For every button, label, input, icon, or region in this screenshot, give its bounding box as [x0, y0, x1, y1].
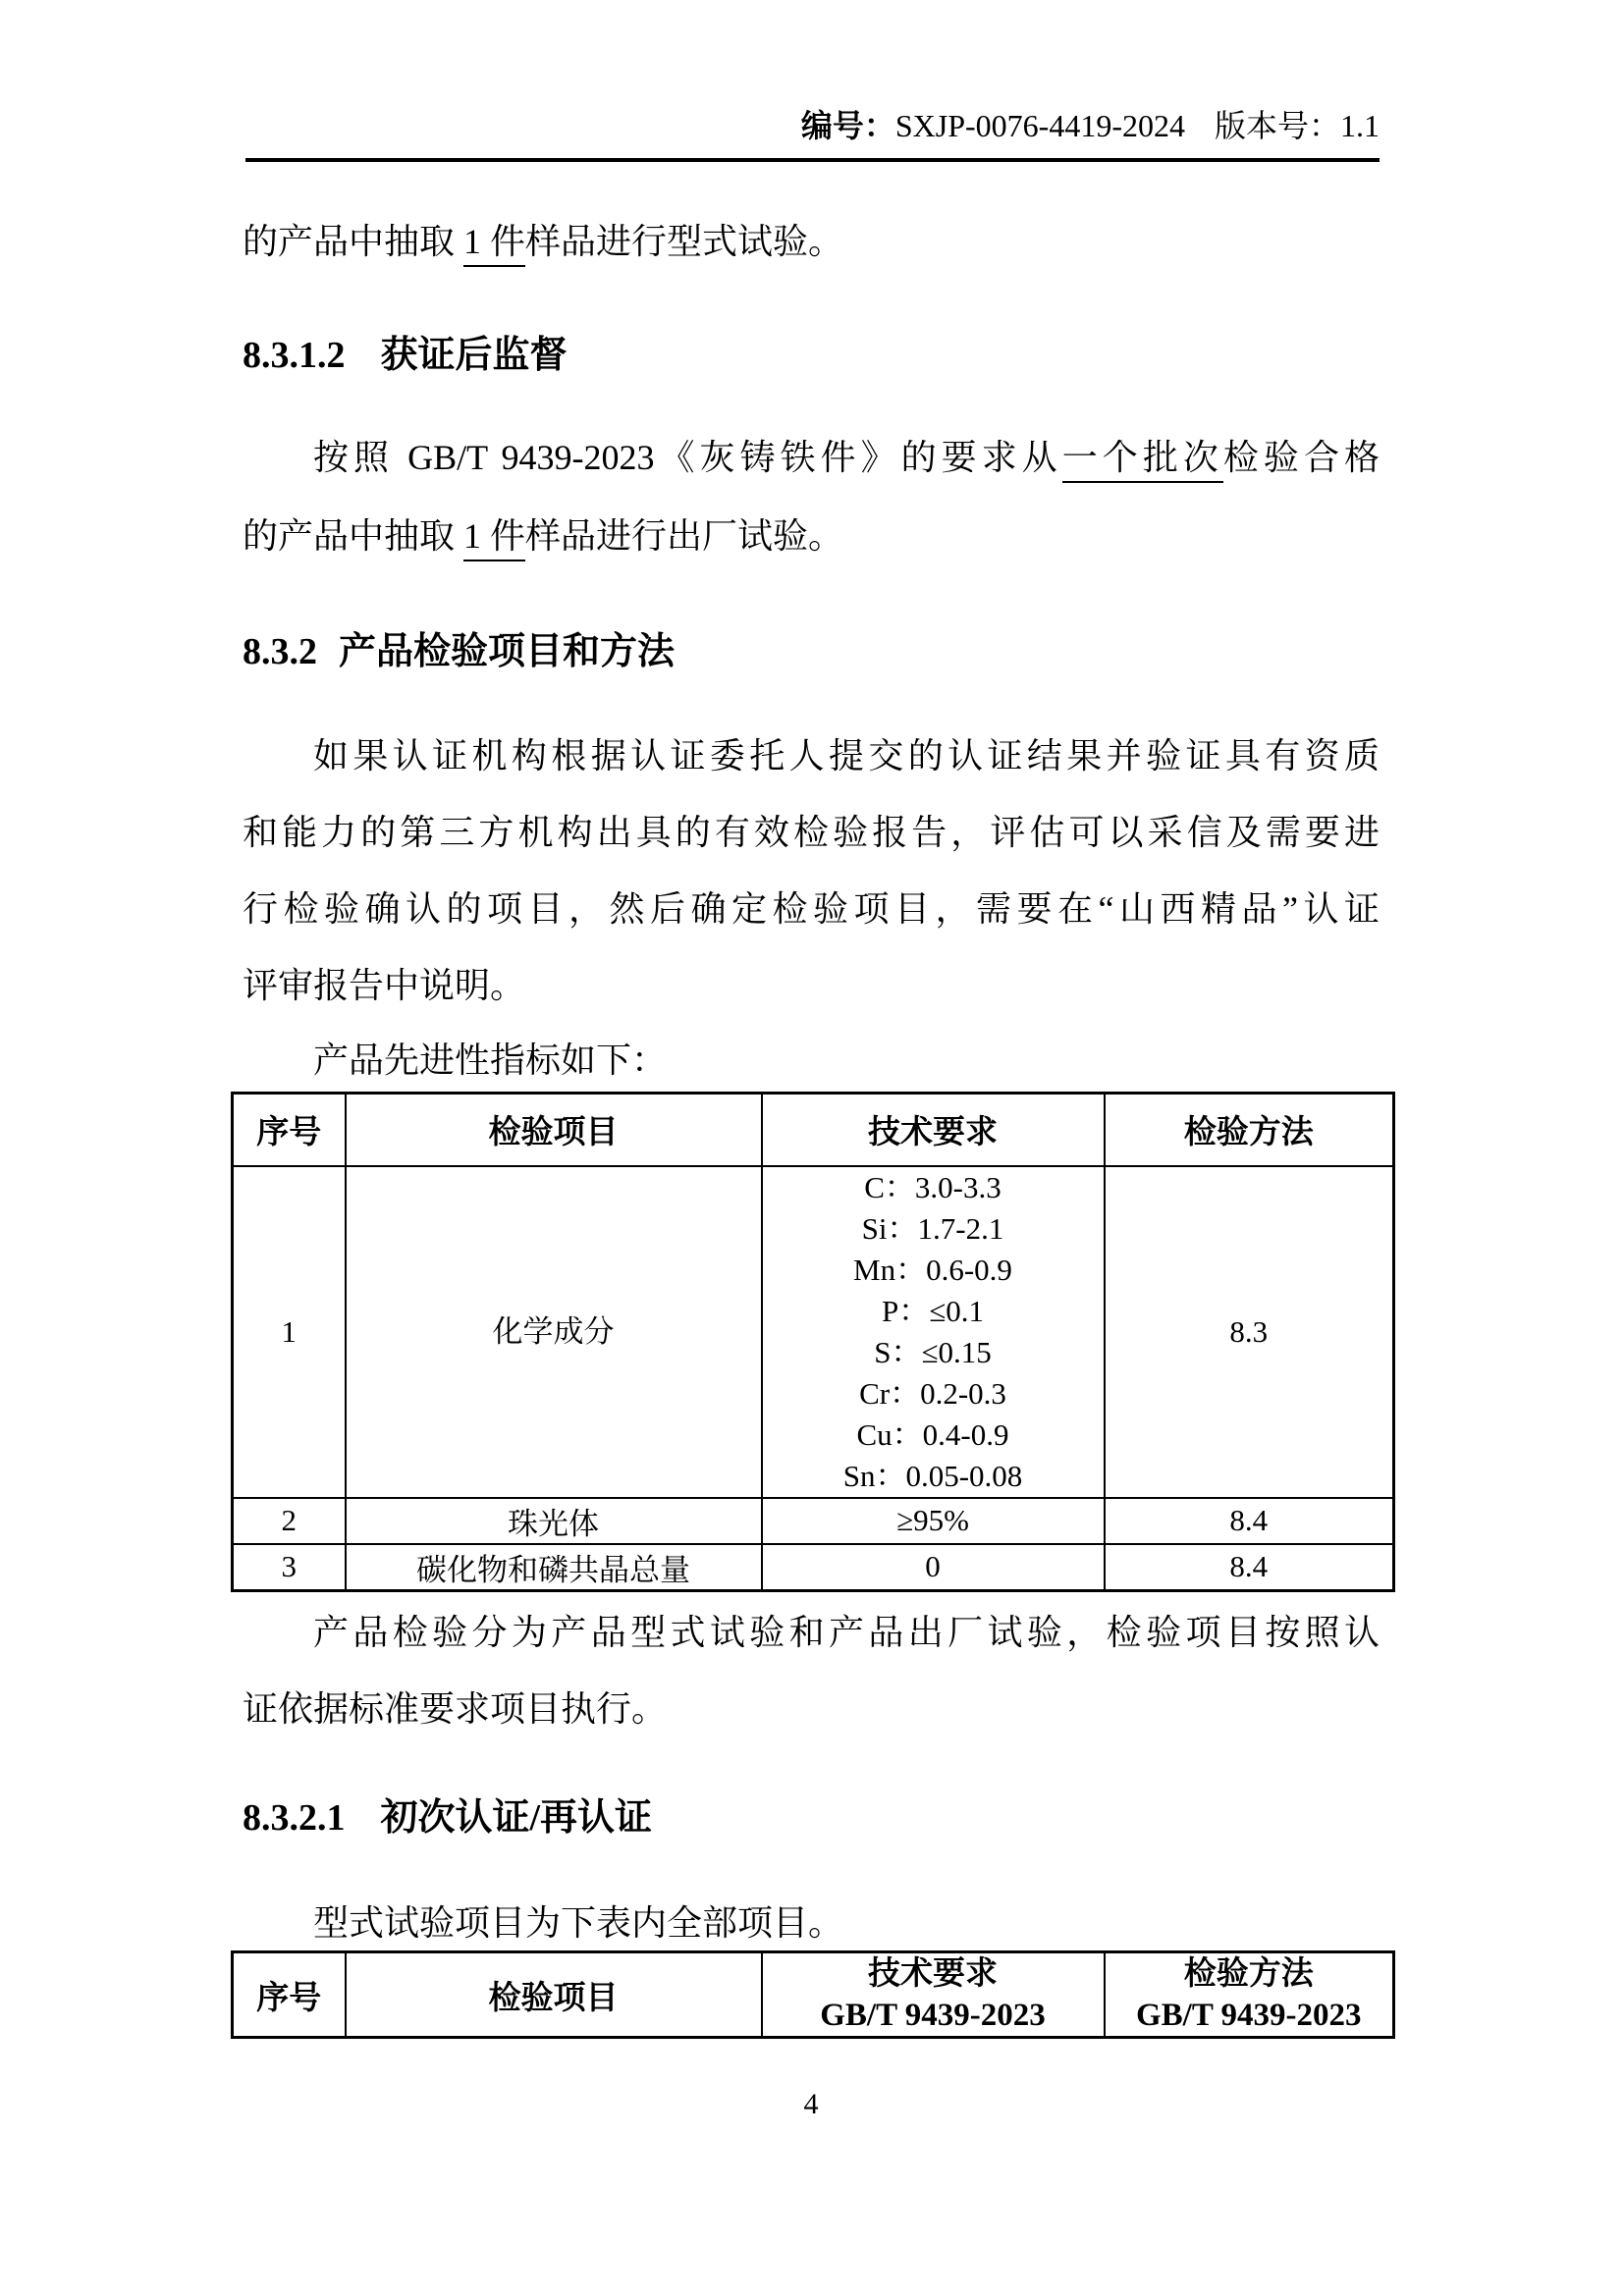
doc-code-value: SXJP-0076-4419-2024	[895, 108, 1185, 143]
col-header-method: 检验方法	[1105, 1094, 1394, 1166]
section-heading-8-3-2: 8.3.2产品检验项目和方法	[243, 624, 1380, 679]
table-row: 2 珠光体 ≥95% 8.4	[233, 1498, 1394, 1544]
cell-no: 1	[233, 1166, 346, 1498]
indicator-table: 序号 检验项目 技术要求 检验方法 1 化学成分 C：3.0-3.3 Si：1.…	[231, 1092, 1395, 1592]
cell-no: 2	[233, 1498, 346, 1544]
section-heading-8-3-2-1: 8.3.2.1初次认证/再认证	[243, 1790, 1380, 1845]
col-header-requirement: 技术要求 GB/T 9439-2023	[762, 1952, 1105, 2038]
heading-number: 8.3.2.1	[243, 1797, 346, 1839]
cell-requirement: 0	[762, 1544, 1105, 1591]
paragraph-line: 按照 GB/T 9439-2023《灰铸铁件》的要求从一个批次检验合格	[243, 418, 1380, 497]
table-header-row: 序号 检验项目 技术要求 GB/T 9439-2023 检验方法 GB/T 94…	[233, 1952, 1394, 2038]
table-row: 3 碳化物和磷共晶总量 0 8.4	[233, 1544, 1394, 1591]
doc-code-label: 编号：	[801, 108, 895, 143]
paragraph-table1-leadin: 产品先进性指标如下：	[243, 1022, 1380, 1098]
doc-header: 编号：SXJP-0076-4419-2024版本号：1.1	[243, 106, 1380, 145]
underlined-text: 一个批次	[1062, 438, 1223, 483]
cell-method: 8.3	[1105, 1166, 1394, 1498]
cell-item: 珠光体	[346, 1498, 762, 1544]
col-header-no: 序号	[233, 1094, 346, 1166]
cell-method: 8.4	[1105, 1498, 1394, 1544]
cell-requirement: C：3.0-3.3 Si：1.7-2.1 Mn：0.6-0.9 P：≤0.1 S…	[762, 1166, 1105, 1498]
paragraph-inspection-method: 如果认证机构根据认证委托人提交的认证结果并验证具有资质 和能力的第三方机构出具的…	[243, 718, 1380, 1024]
cell-item: 化学成分	[346, 1166, 762, 1498]
col-header-item: 检验项目	[346, 1952, 762, 2038]
section-heading-8-3-1-2: 8.3.1.2获证后监督	[243, 328, 1380, 383]
underlined-text: 1 件	[463, 516, 525, 561]
paragraph-line: 的产品中抽取 1 件样品进行出厂试验。	[243, 497, 1380, 575]
paragraph-post-cert: 按照 GB/T 9439-2023《灰铸铁件》的要求从一个批次检验合格 的产品中…	[243, 418, 1380, 575]
table-row: 1 化学成分 C：3.0-3.3 Si：1.7-2.1 Mn：0.6-0.9 P…	[233, 1166, 1394, 1498]
doc-version-label: 版本号：	[1215, 108, 1340, 143]
col-header-no: 序号	[233, 1952, 346, 2038]
paragraph-line: 和能力的第三方机构出具的有效检验报告，评估可以采信及需要进	[243, 794, 1380, 871]
cell-requirement: ≥95%	[762, 1498, 1105, 1544]
heading-number: 8.3.1.2	[243, 335, 346, 376]
col-header-method: 检验方法 GB/T 9439-2023	[1105, 1952, 1394, 2038]
paragraph-line: 产品检验分为产品型式试验和产品出厂试验，检验项目按照认	[243, 1594, 1380, 1671]
paragraph-line: 的产品中抽取 1 件样品进行型式试验。	[243, 202, 1380, 281]
cell-item: 碳化物和磷共晶总量	[346, 1544, 762, 1591]
col-header-requirement: 技术要求	[762, 1094, 1105, 1166]
paragraph-type-test: 的产品中抽取 1 件样品进行型式试验。	[243, 202, 1380, 281]
page-number: 4	[243, 2087, 1380, 2122]
document-page: 编号：SXJP-0076-4419-2024版本号：1.1 的产品中抽取 1 件…	[0, 0, 1624, 2296]
paragraph-line: 如果认证机构根据认证委托人提交的认证结果并验证具有资质	[243, 718, 1380, 794]
table-header-row: 序号 检验项目 技术要求 检验方法	[233, 1094, 1394, 1166]
heading-number: 8.3.2	[243, 631, 317, 672]
heading-title: 产品检验项目和方法	[339, 631, 675, 672]
doc-version-value: 1.1	[1340, 108, 1380, 143]
paragraph-line: 证依据标准要求项目执行。	[243, 1671, 1380, 1747]
paragraph-line: 行检验确认的项目，然后确定检验项目，需要在“山西精品”认证	[243, 871, 1380, 947]
heading-title: 初次认证/再认证	[381, 1797, 653, 1839]
heading-title: 获证后监督	[381, 335, 568, 376]
paragraph-line: 产品先进性指标如下：	[243, 1022, 1380, 1098]
cell-no: 3	[233, 1544, 346, 1591]
cell-method: 8.4	[1105, 1544, 1394, 1591]
header-rule	[245, 158, 1380, 162]
underlined-text: 1 件	[463, 222, 525, 267]
col-header-item: 检验项目	[346, 1094, 762, 1166]
type-test-table: 序号 检验项目 技术要求 GB/T 9439-2023 检验方法 GB/T 94…	[231, 1950, 1395, 2039]
paragraph-line: 评审报告中说明。	[243, 947, 1380, 1024]
paragraph-test-types: 产品检验分为产品型式试验和产品出厂试验，检验项目按照认 证依据标准要求项目执行。	[243, 1594, 1380, 1747]
